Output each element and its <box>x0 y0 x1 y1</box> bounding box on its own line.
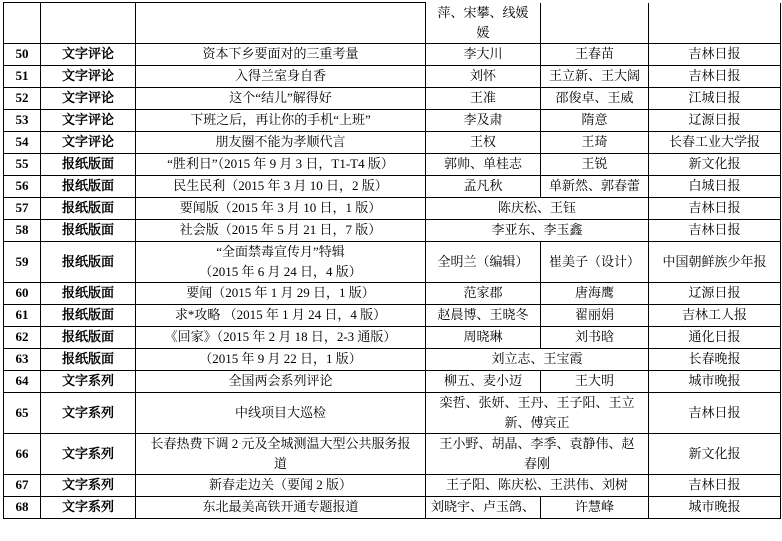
cell-title: 下班之后，再让你的手机“上班” <box>136 109 426 131</box>
cell-category: 报纸版面 <box>41 304 136 326</box>
cell-authors: 赵晨博、王晓冬 <box>426 304 541 326</box>
cell-category: 报纸版面 <box>41 153 136 175</box>
cell-editors: 王立新、王大阔 <box>541 65 649 87</box>
cell-title: 新春走边关（要闻 2 版） <box>136 474 426 496</box>
cell-authors: 王子阳、陈庆松、王洪伟、刘树 <box>426 474 649 496</box>
cell-authors: 李及肃 <box>426 109 541 131</box>
cell-newspaper: 江城日报 <box>649 87 781 109</box>
cell-authors: 郭帅、单桂志 <box>426 153 541 175</box>
cell-editors: 王大明 <box>541 370 649 392</box>
table-row: 58报纸版面社会版（2015 年 5 月 21 日，7 版）李亚东、李玉鑫吉林日… <box>4 219 781 241</box>
cell-editors: 许慧峰 <box>541 496 649 518</box>
cell-newspaper: 吉林日报 <box>649 43 781 65</box>
table-row: 62报纸版面《回家》（2015 年 2 月 18 日，2-3 通版）周晓琳刘书晗… <box>4 326 781 348</box>
cell-title: 入得兰室身自香 <box>136 65 426 87</box>
cell-newspaper: 城市晚报 <box>649 370 781 392</box>
cell-category: 文字系列 <box>41 370 136 392</box>
cell-authors: 全明兰（编辑） <box>426 241 541 282</box>
cell-newspaper: 长春晚报 <box>649 348 781 370</box>
cell-num: 65 <box>4 392 41 433</box>
table-row: 63报纸版面（2015 年 9 月 22 日，1 版）刘立志、王宝霞长春晚报 <box>4 348 781 370</box>
cell-authors: 周晓琳 <box>426 326 541 348</box>
cell-category: 文字系列 <box>41 433 136 474</box>
cell-title: 资本下乡要面对的三重考量 <box>136 43 426 65</box>
cell-newspaper: 辽源日报 <box>649 282 781 304</box>
table-row: 61报纸版面求*攻略 （2015 年 1 月 24 日，4 版）赵晨博、王晓冬翟… <box>4 304 781 326</box>
cell-title: 要闻版（2015 年 3 月 10 日，1 版） <box>136 197 426 219</box>
cell-title: 求*攻略 （2015 年 1 月 24 日，4 版） <box>136 304 426 326</box>
cell-newspaper: 吉林工人报 <box>649 304 781 326</box>
table-row: 60报纸版面要闻（2015 年 1 月 29 日，1 版）范家郡唐海鹰辽源日报 <box>4 282 781 304</box>
cell-category: 文字系列 <box>41 474 136 496</box>
table-row: 56报纸版面民生民利（2015 年 3 月 10 日，2 版）孟凡秋单新然、郭春… <box>4 175 781 197</box>
cell-category: 文字评论 <box>41 131 136 153</box>
cell-editors: 隋意 <box>541 109 649 131</box>
cell-title: 中线项目大巡检 <box>136 392 426 433</box>
cell-num: 58 <box>4 219 41 241</box>
cell-editors: 王琦 <box>541 131 649 153</box>
cell-newspaper: 新文化报 <box>649 433 781 474</box>
cell-category <box>41 3 136 44</box>
cell-editors: 王春苗 <box>541 43 649 65</box>
cell-num: 62 <box>4 326 41 348</box>
cell-title: “胜利日”（2015 年 9 月 3 日，T1-T4 版） <box>136 153 426 175</box>
cell-authors: 范家郡 <box>426 282 541 304</box>
cell-authors: 孟凡秋 <box>426 175 541 197</box>
table-row: 68文字系列东北最美高铁开通专题报道刘晓宇、卢玉鸽、许慧峰城市晚报 <box>4 496 781 518</box>
cell-num: 50 <box>4 43 41 65</box>
awards-entries-table: 萍、宋攀、线媛 媛50文字评论资本下乡要面对的三重考量李大川王春苗吉林日报51文… <box>3 2 781 519</box>
cell-category: 文字系列 <box>41 392 136 433</box>
cell-editors: 王锐 <box>541 153 649 175</box>
cell-title: 这个“结儿”解得好 <box>136 87 426 109</box>
cell-editors: 邵俊卓、王威 <box>541 87 649 109</box>
cell-num: 63 <box>4 348 41 370</box>
table-row: 66文字系列长春热费下调 2 元及全城测温大型公共服务报 道王小野、胡晶、李季、… <box>4 433 781 474</box>
cell-num: 67 <box>4 474 41 496</box>
cell-title: 要闻（2015 年 1 月 29 日，1 版） <box>136 282 426 304</box>
cell-authors: 李大川 <box>426 43 541 65</box>
cell-num: 64 <box>4 370 41 392</box>
cell-authors: 刘怀 <box>426 65 541 87</box>
cell-title: 朋友圈不能为孝顺代言 <box>136 131 426 153</box>
table-row: 52文字评论这个“结儿”解得好王准邵俊卓、王威江城日报 <box>4 87 781 109</box>
cell-newspaper: 辽源日报 <box>649 109 781 131</box>
cell-editors: 崔美子（设计） <box>541 241 649 282</box>
cell-newspaper: 城市晚报 <box>649 496 781 518</box>
cell-num: 66 <box>4 433 41 474</box>
cell-category: 文字评论 <box>41 109 136 131</box>
cell-category: 报纸版面 <box>41 282 136 304</box>
cell-authors: 王权 <box>426 131 541 153</box>
cell-editors: 刘书晗 <box>541 326 649 348</box>
cell-category: 报纸版面 <box>41 326 136 348</box>
cell-category: 报纸版面 <box>41 175 136 197</box>
cell-title: 社会版（2015 年 5 月 21 日，7 版） <box>136 219 426 241</box>
cell-title: 东北最美高铁开通专题报道 <box>136 496 426 518</box>
cell-editors: 翟丽娟 <box>541 304 649 326</box>
cell-category: 报纸版面 <box>41 197 136 219</box>
cell-num: 53 <box>4 109 41 131</box>
cell-category: 文字评论 <box>41 87 136 109</box>
cell-newspaper: 吉林日报 <box>649 474 781 496</box>
cell-newspaper: 通化日报 <box>649 326 781 348</box>
table-row: 67文字系列新春走边关（要闻 2 版）王子阳、陈庆松、王洪伟、刘树吉林日报 <box>4 474 781 496</box>
cell-title <box>136 3 426 44</box>
cell-newspaper <box>649 3 781 44</box>
cell-authors: 萍、宋攀、线媛 媛 <box>426 3 541 44</box>
cell-num: 60 <box>4 282 41 304</box>
table-row: 65文字系列中线项目大巡检栾哲、张妍、王丹、王子阳、王立 新、傅宾正吉林日报 <box>4 392 781 433</box>
cell-title: “全面禁毒宣传月”特辑 （2015 年 6 月 24 日，4 版） <box>136 241 426 282</box>
table-row: 59报纸版面“全面禁毒宣传月”特辑 （2015 年 6 月 24 日，4 版）全… <box>4 241 781 282</box>
cell-authors: 柳五、麦小迈 <box>426 370 541 392</box>
cell-newspaper: 中国朝鲜族少年报 <box>649 241 781 282</box>
cell-num: 55 <box>4 153 41 175</box>
cell-authors: 李亚东、李玉鑫 <box>426 219 649 241</box>
table-row-partial: 萍、宋攀、线媛 媛 <box>4 3 781 44</box>
cell-num: 59 <box>4 241 41 282</box>
cell-authors: 王准 <box>426 87 541 109</box>
cell-newspaper: 吉林日报 <box>649 65 781 87</box>
cell-category: 文字评论 <box>41 65 136 87</box>
cell-newspaper: 吉林日报 <box>649 392 781 433</box>
cell-category: 文字系列 <box>41 496 136 518</box>
cell-category: 文字评论 <box>41 43 136 65</box>
table-row: 50文字评论资本下乡要面对的三重考量李大川王春苗吉林日报 <box>4 43 781 65</box>
cell-newspaper: 新文化报 <box>649 153 781 175</box>
document-page: 萍、宋攀、线媛 媛50文字评论资本下乡要面对的三重考量李大川王春苗吉林日报51文… <box>0 0 782 541</box>
cell-authors: 刘晓宇、卢玉鸽、 <box>426 496 541 518</box>
cell-editors: 单新然、郭春蕾 <box>541 175 649 197</box>
cell-category: 报纸版面 <box>41 219 136 241</box>
cell-newspaper: 吉林日报 <box>649 219 781 241</box>
cell-authors: 刘立志、王宝霞 <box>426 348 649 370</box>
cell-num: 54 <box>4 131 41 153</box>
cell-num: 68 <box>4 496 41 518</box>
cell-num: 52 <box>4 87 41 109</box>
table-row: 57报纸版面要闻版（2015 年 3 月 10 日，1 版）陈庆松、王钰吉林日报 <box>4 197 781 219</box>
cell-newspaper: 吉林日报 <box>649 197 781 219</box>
cell-newspaper: 长春工业大学报 <box>649 131 781 153</box>
cell-authors: 栾哲、张妍、王丹、王子阳、王立 新、傅宾正 <box>426 392 649 433</box>
cell-num: 57 <box>4 197 41 219</box>
cell-authors: 王小野、胡晶、李季、袁静伟、赵 春刚 <box>426 433 649 474</box>
cell-category: 报纸版面 <box>41 348 136 370</box>
cell-newspaper: 白城日报 <box>649 175 781 197</box>
cell-editors <box>541 3 649 44</box>
cell-editors: 唐海鹰 <box>541 282 649 304</box>
table-row: 54文字评论朋友圈不能为孝顺代言王权王琦长春工业大学报 <box>4 131 781 153</box>
cell-category: 报纸版面 <box>41 241 136 282</box>
table-row: 53文字评论下班之后，再让你的手机“上班”李及肃隋意辽源日报 <box>4 109 781 131</box>
cell-title: （2015 年 9 月 22 日，1 版） <box>136 348 426 370</box>
cell-num: 51 <box>4 65 41 87</box>
table-row: 51文字评论入得兰室身自香刘怀王立新、王大阔吉林日报 <box>4 65 781 87</box>
cell-num <box>4 3 41 44</box>
cell-title: 长春热费下调 2 元及全城测温大型公共服务报 道 <box>136 433 426 474</box>
cell-num: 61 <box>4 304 41 326</box>
cell-title: 《回家》（2015 年 2 月 18 日，2-3 通版） <box>136 326 426 348</box>
cell-num: 56 <box>4 175 41 197</box>
cell-authors: 陈庆松、王钰 <box>426 197 649 219</box>
cell-title: 全国两会系列评论 <box>136 370 426 392</box>
cell-title: 民生民利（2015 年 3 月 10 日，2 版） <box>136 175 426 197</box>
table-row: 55报纸版面“胜利日”（2015 年 9 月 3 日，T1-T4 版）郭帅、单桂… <box>4 153 781 175</box>
table-row: 64文字系列全国两会系列评论柳五、麦小迈王大明城市晚报 <box>4 370 781 392</box>
